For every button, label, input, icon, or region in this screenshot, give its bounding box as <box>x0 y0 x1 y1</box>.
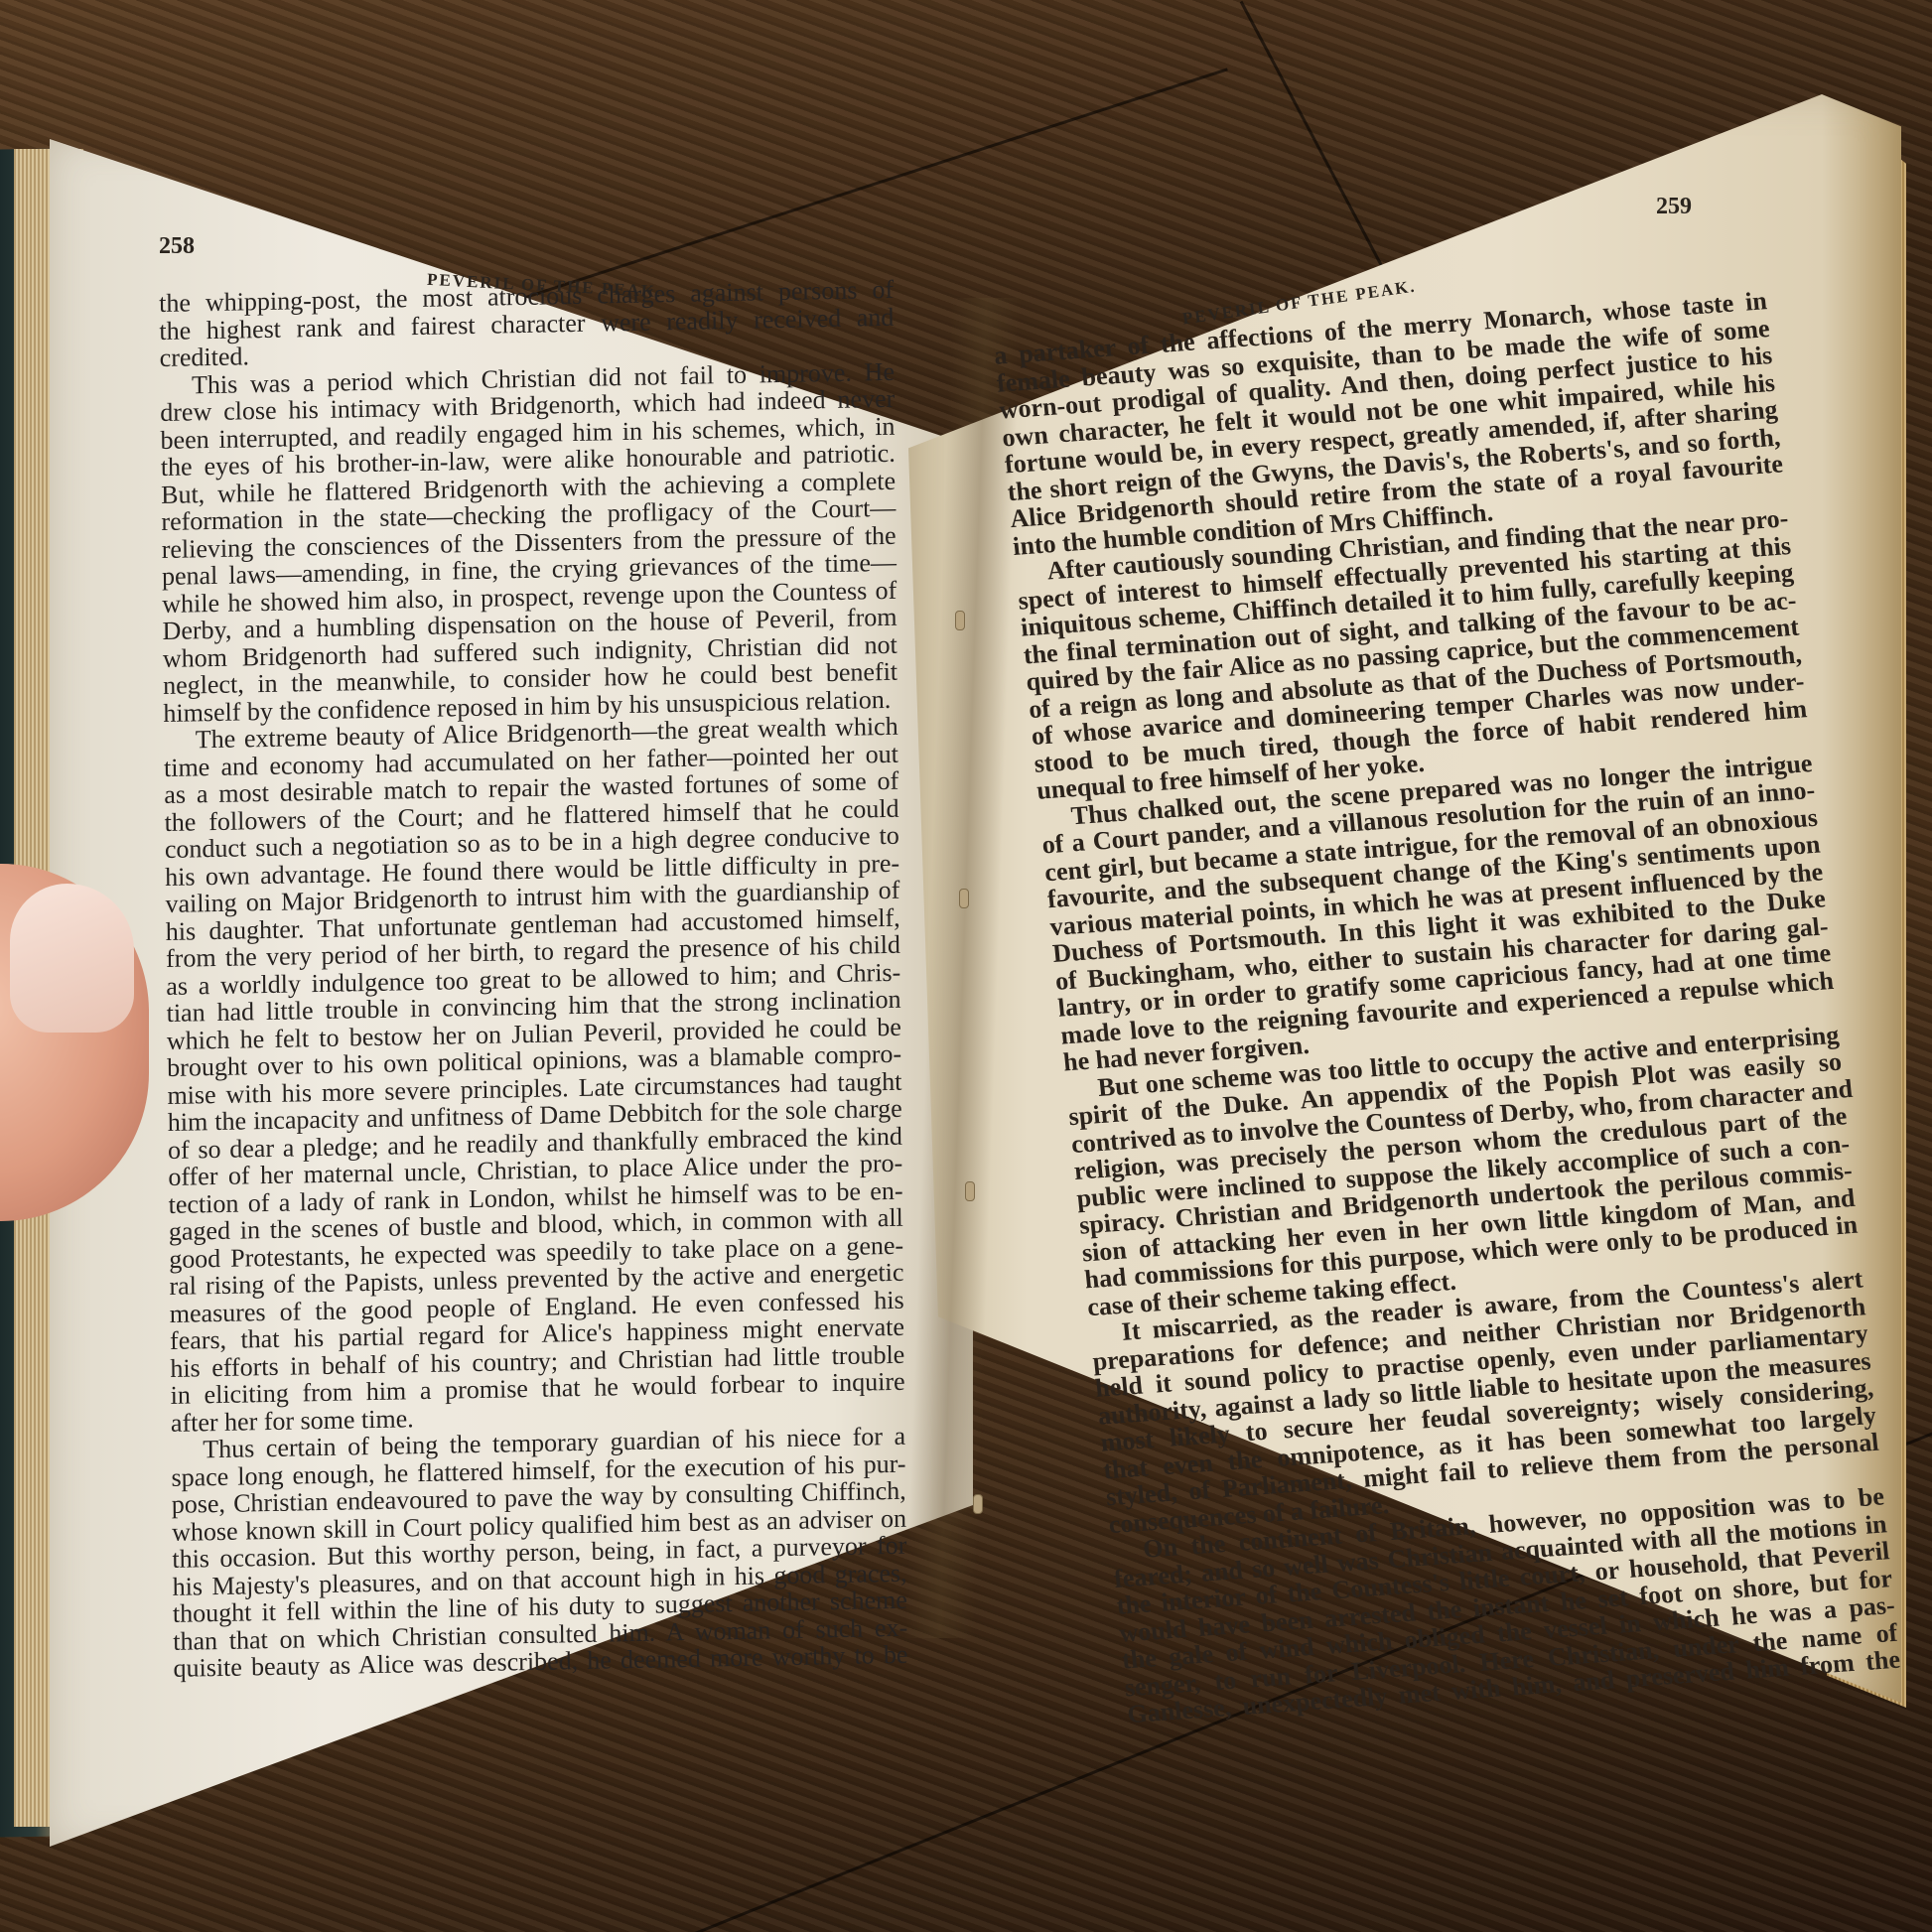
right-page-number: 259 <box>1656 194 1692 220</box>
left-page-text: the whipping-post, the most atrocious ch… <box>159 276 908 1683</box>
binding-stitch <box>959 889 969 908</box>
binding-stitch <box>955 611 965 630</box>
left-page-number: 258 <box>159 233 195 260</box>
binding-stitch <box>965 1181 975 1201</box>
right-page-text: a partaker of the affections of the merr… <box>993 287 1901 1728</box>
thumbnail-nail <box>10 884 134 1033</box>
open-book: 258 PEVERIL OF THE PEAK. 259 PEVERIL OF … <box>0 0 1932 1932</box>
binding-stitch <box>973 1494 983 1514</box>
